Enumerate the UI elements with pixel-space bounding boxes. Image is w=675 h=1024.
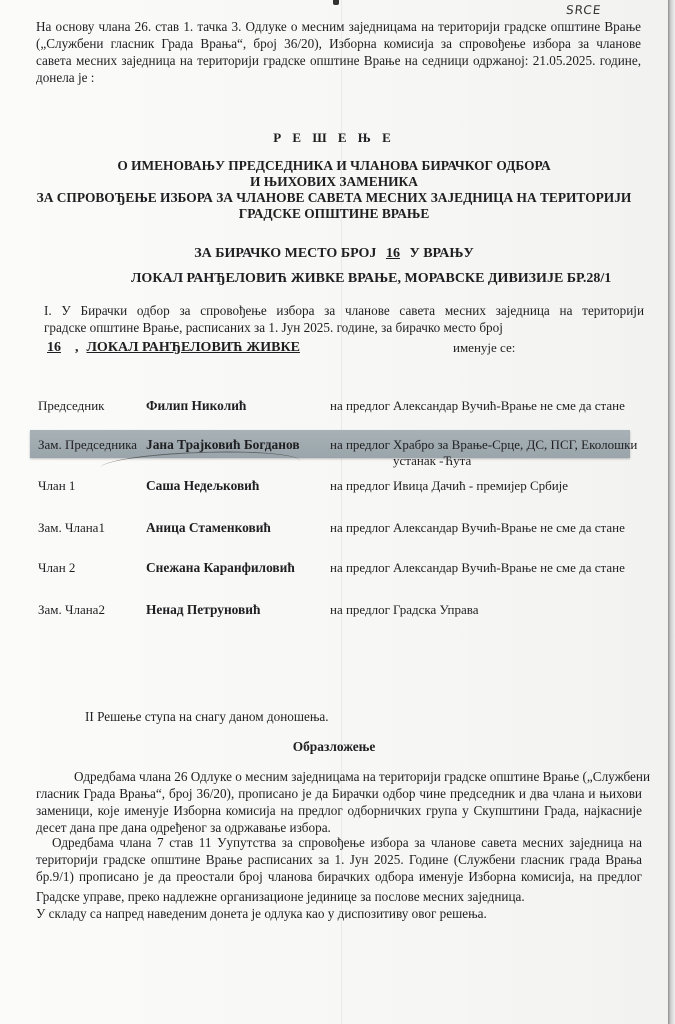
page-right-edge bbox=[668, 0, 675, 1024]
member-proposal: на предлог bbox=[330, 602, 390, 618]
member-role: Члан 2 bbox=[38, 560, 75, 576]
staple-mark bbox=[333, 0, 339, 5]
member-row: Зам. Члана1Аница Стаменковићна предлогАл… bbox=[0, 520, 668, 560]
member-name: Саша Недељковић bbox=[146, 478, 259, 494]
polling-place-location: ЛОКАЛ РАНЂЕЛОВИЋ ЖИВКЕ ВРАЊЕ, МОРАВСКЕ Д… bbox=[131, 271, 611, 287]
member-row: Зам. Члана2Ненад Петруновићна предлогГра… bbox=[0, 602, 668, 642]
member-party: Александар Вучић-Врање не сме да стане bbox=[393, 560, 643, 576]
member-proposal: на предлог bbox=[330, 398, 390, 414]
section-1-line: градске општине Врање, расписаних за 1. … bbox=[44, 319, 644, 336]
member-row: Зам. ПредседникаЈана Трајковић Богдановн… bbox=[0, 437, 668, 477]
explanation-paragraph-1: Одредбама члана 26 Одлуке о месним зајед… bbox=[36, 768, 642, 836]
subtitle-line: И ЊИХОВИХ ЗАМЕНИКА bbox=[0, 174, 668, 190]
polling-place-heading: ЗА БИРАЧКО МЕСТО БРОЈ 16 У ВРАЊУ bbox=[0, 246, 668, 262]
intro-line: („Службени гласник Града Врања“, број 36… bbox=[36, 35, 641, 52]
member-name: Јана Трајковић Богданов bbox=[146, 437, 300, 453]
intro-paragraph: На основу члана 26. став 1. тачка 3. Одл… bbox=[36, 18, 641, 86]
explanation-line: територији градске општине Врање расписа… bbox=[36, 851, 642, 868]
member-party: Храбро за Врање-Срце, ДС, ПСГ, Еколошки … bbox=[393, 437, 643, 469]
section-1-paragraph: I. У Бирачки одбор за спровођење избора … bbox=[44, 302, 644, 336]
intro-line: донела је : bbox=[36, 69, 641, 86]
intro-line: савета месних заједница на територији гр… bbox=[36, 52, 641, 69]
member-party: Александар Вучић-Врање не сме да стане bbox=[393, 398, 643, 414]
handwritten-note: SRCE bbox=[565, 3, 602, 17]
member-row: Члан 1Саша Недељковићна предлогИвица Дач… bbox=[0, 478, 668, 518]
explanation-line: У складу са напред наведеним донета је о… bbox=[36, 905, 642, 922]
member-name: Аница Стаменковић bbox=[146, 520, 271, 536]
subtitle-line: ГРАДСКЕ ОПШТИНЕ ВРАЊЕ bbox=[0, 206, 668, 222]
explanation-line: Градске управе, преко надлежне организац… bbox=[36, 888, 642, 905]
member-name: Снежана Каранфиловић bbox=[146, 560, 295, 576]
member-role: Члан 1 bbox=[38, 478, 75, 494]
section-1-place-separator: , bbox=[75, 340, 79, 355]
explanation-title: Образложење bbox=[0, 739, 668, 755]
section-1-line: I. У Бирачки одбор за спровођење избора … bbox=[44, 302, 644, 319]
explanation-line: бр.9/1) прописано је да преостали број ч… bbox=[36, 868, 642, 885]
member-party: Александар Вучић-Врање не сме да стане bbox=[393, 520, 643, 536]
member-name: Ненад Петруновић bbox=[146, 602, 260, 618]
member-party: Градска Управа bbox=[393, 602, 643, 618]
explanation-line: заменици, које именује Изборна комисија … bbox=[36, 802, 642, 819]
polling-place-prefix: ЗА БИРАЧКО МЕСТО БРОЈ bbox=[194, 246, 376, 261]
member-name: Филип Николић bbox=[146, 398, 246, 414]
member-proposal: на предлог bbox=[330, 520, 390, 536]
subtitle-line: ЗА СПРОВОЂЕЊЕ ИЗБОРА ЗА ЧЛАНОВЕ САВЕТА М… bbox=[0, 190, 668, 206]
section-1-place: 16,ЛОКАЛ РАНЂЕЛОВИЋ ЖИВКЕ bbox=[47, 340, 314, 356]
document-title: Р Е Ш Е Њ Е bbox=[0, 130, 668, 146]
explanation-line: Одредбама члана 26 Одлуке о месним зајед… bbox=[36, 768, 642, 785]
section-1-place-name: ЛОКАЛ РАНЂЕЛОВИЋ ЖИВКЕ bbox=[87, 340, 300, 355]
section-2-paragraph: II Решење ступа на снагу даном доношења. bbox=[85, 708, 329, 725]
member-role: Зам. Члана1 bbox=[38, 520, 105, 536]
member-party: Ивица Дачић - премијер Србије bbox=[393, 478, 643, 494]
member-role: Зам. Члана2 bbox=[38, 602, 105, 618]
appoints-label: именује се: bbox=[453, 340, 515, 356]
explanation-paragraph-2: Одредбама члана 7 став 11 Уупутства за с… bbox=[36, 834, 642, 922]
member-role: Зам. Председника bbox=[38, 437, 137, 453]
explanation-line: гласник Града Врања“, број 36/20), пропи… bbox=[36, 785, 642, 802]
polling-place-number: 16 bbox=[386, 246, 400, 261]
subtitle-line: О ИМЕНОВАЊУ ПРЕДСЕДНИКА И ЧЛАНОВА БИРАЧК… bbox=[0, 158, 668, 174]
member-proposal: на предлог bbox=[330, 478, 390, 494]
section-1-place-number: 16 bbox=[47, 340, 61, 355]
polling-place-suffix: У ВРАЊУ bbox=[409, 246, 473, 261]
explanation-line: Одредбама члана 7 став 11 Уупутства за с… bbox=[36, 834, 642, 851]
document-subtitle: О ИМЕНОВАЊУ ПРЕДСЕДНИКА И ЧЛАНОВА БИРАЧК… bbox=[0, 158, 668, 222]
member-proposal: на предлог bbox=[330, 437, 390, 453]
member-role: Председник bbox=[38, 398, 104, 414]
intro-line: На основу члана 26. став 1. тачка 3. Одл… bbox=[36, 18, 641, 35]
member-row: Члан 2Снежана Каранфиловићна предлогАлек… bbox=[0, 560, 668, 600]
member-proposal: на предлог bbox=[330, 560, 390, 576]
